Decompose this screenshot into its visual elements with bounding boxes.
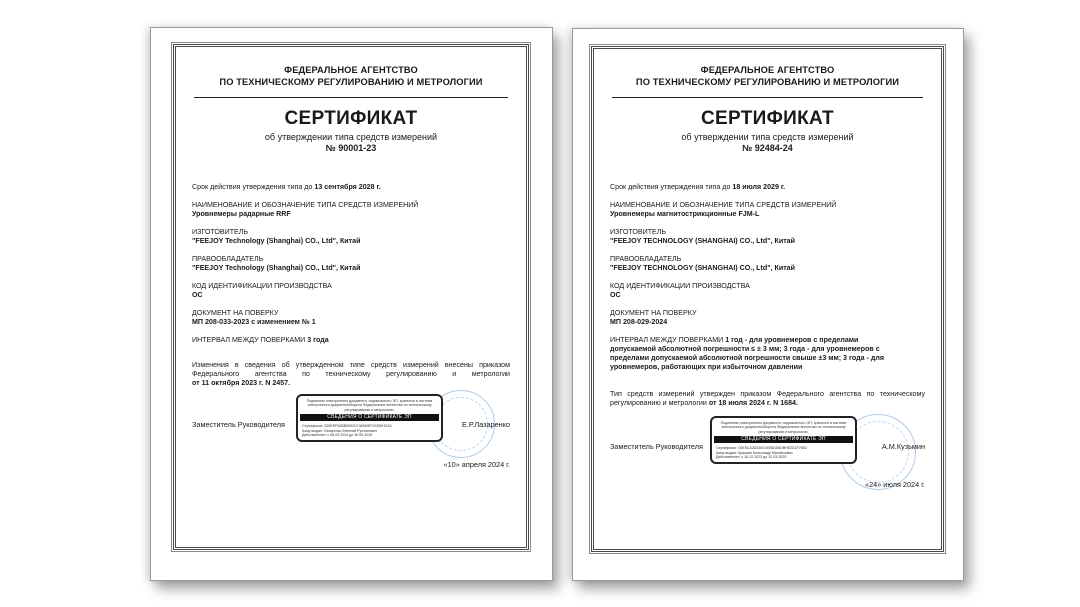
interval-label: ИНТЕРВАЛ МЕЖДУ ПОВЕРКАМИ (610, 336, 725, 344)
agency-line-1: ФЕДЕРАЛЬНОЕ АГЕНТСТВО (610, 64, 925, 76)
certificate-title: СЕРТИФИКАТ (610, 108, 925, 130)
holder-label: ПРАВООБЛАДАТЕЛЬ (192, 255, 510, 264)
code-value: ОС (610, 291, 925, 300)
manufacturer-section: ИЗГОТОВИТЕЛЬ "FEEJOY Technology (Shangha… (192, 228, 510, 246)
agency-header: ФЕДЕРАЛЬНОЕ АГЕНТСТВО ПО ТЕХНИЧЕСКОМУ РЕ… (192, 64, 510, 88)
name-value: Уровнемеры радарные RRF (192, 210, 510, 219)
manufacturer-label: ИЗГОТОВИТЕЛЬ (610, 228, 925, 237)
interval-label: ИНТЕРВАЛ МЕЖДУ ПОВЕРКАМИ (192, 336, 307, 344)
certificate-subtitle: об утверждении типа средств измерений (610, 132, 925, 142)
certificate-number: № 90001-23 (192, 143, 510, 153)
order-section: Тип средств измерений утвержден приказом… (610, 390, 925, 408)
validity-line: Срок действия утверждения типа до 13 сен… (192, 183, 510, 192)
holder-value: "FEEJOY Technology (Shanghai) CO., Ltd",… (192, 264, 510, 273)
code-label: КОД ИДЕНТИФИКАЦИИ ПРОИЗВОДСТВА (610, 282, 925, 291)
name-label: НАИМЕНОВАНИЕ И ОБОЗНАЧЕНИЕ ТИПА СРЕДСТВ … (610, 201, 925, 210)
agency-line-2: ПО ТЕХНИЧЕСКОМУ РЕГУЛИРОВАНИЮ И МЕТРОЛОГ… (610, 76, 925, 88)
name-value: Уровнемеры магнитострикционные FJM-L (610, 210, 925, 219)
verification-doc-section: ДОКУМЕНТ НА ПОВЕРКУ МП 208-029-2024 (610, 309, 925, 327)
order-value: от 11 октября 2023 г. N 2457. (192, 379, 510, 388)
ep-valid: Действителен: с 18.12.2023 до 12.03.2025 (716, 455, 851, 459)
issue-date: «24» июля 2024 г. (865, 480, 925, 489)
certificate-page-right: ФЕДЕРАЛЬНОЕ АГЕНТСТВО ПО ТЕХНИЧЕСКОМУ РЕ… (572, 28, 964, 581)
verification-doc-value: МП 208-029-2024 (610, 318, 925, 327)
ep-valid: Действителен: с 06.03.2024 до 30.05.2025 (302, 433, 437, 437)
name-label: НАИМЕНОВАНИЕ И ОБОЗНАЧЕНИЕ ТИПА СРЕДСТВ … (192, 201, 510, 210)
signer-title: Заместитель Руководителя (192, 420, 285, 429)
signature-row: Заместитель Руководителя Подлинник элект… (610, 418, 925, 478)
holder-section: ПРАВООБЛАДАТЕЛЬ "FEEJOY Technology (Shan… (192, 255, 510, 273)
signer-name: А.М.Кузьмин (882, 442, 925, 451)
validity-value: 13 сентября 2028 г. (314, 183, 380, 191)
validity-label: Срок действия утверждения типа до (192, 183, 314, 191)
header-divider (194, 97, 508, 98)
e-signature-box: Подлинник электронного документа, подпис… (296, 394, 443, 442)
certificate-subtitle: об утверждении типа средств измерений (192, 132, 510, 142)
holder-label: ПРАВООБЛАДАТЕЛЬ (610, 255, 925, 264)
name-section: НАИМЕНОВАНИЕ И ОБОЗНАЧЕНИЕ ТИПА СРЕДСТВ … (610, 201, 925, 219)
ep-bar: СВЕДЕНИЯ О СЕРТИФИКАТЕ ЭП (300, 414, 439, 421)
signer-name: Е.Р.Лазаренко (462, 420, 510, 429)
manufacturer-label: ИЗГОТОВИТЕЛЬ (192, 228, 510, 237)
order-section: Изменения в сведения об утвержденном тип… (192, 361, 510, 388)
manufacturer-section: ИЗГОТОВИТЕЛЬ "FEEJOY TECHNOLOGY (SHANGHA… (610, 228, 925, 246)
certificate-page-left: ФЕДЕРАЛЬНОЕ АГЕНТСТВО ПО ТЕХНИЧЕСКОМУ РЕ… (150, 27, 553, 581)
code-section: КОД ИДЕНТИФИКАЦИИ ПРОИЗВОДСТВА ОС (610, 282, 925, 300)
e-signature-box: Подлинник электронного документа, подпис… (710, 416, 857, 464)
certificate-border: ФЕДЕРАЛЬНОЕ АГЕНТСТВО ПО ТЕХНИЧЕСКОМУ РЕ… (591, 46, 944, 552)
manufacturer-value: "FEEJOY TECHNOLOGY (SHANGHAI) CO., Ltd",… (610, 237, 925, 246)
agency-header: ФЕДЕРАЛЬНОЕ АГЕНТСТВО ПО ТЕХНИЧЕСКОМУ РЕ… (610, 64, 925, 88)
interval-value: 3 года (307, 336, 328, 344)
verification-doc-section: ДОКУМЕНТ НА ПОВЕРКУ МП 208-033-2023 с из… (192, 309, 510, 327)
certificate-title: СЕРТИФИКАТ (192, 108, 510, 130)
certificate-number: № 92484-24 (610, 143, 925, 153)
validity-line: Срок действия утверждения типа до 18 июл… (610, 183, 925, 192)
validity-value: 18 июля 2029 г. (732, 183, 785, 191)
verification-doc-value: МП 208-033-2023 с изменением № 1 (192, 318, 510, 327)
header-divider (612, 97, 923, 98)
validity-label: Срок действия утверждения типа до (610, 183, 732, 191)
order-value: от 18 июля 2024 г. N 1684. (709, 399, 798, 407)
agency-line-2: ПО ТЕХНИЧЕСКОМУ РЕГУЛИРОВАНИЮ И МЕТРОЛОГ… (192, 76, 510, 88)
signature-row: Заместитель Руководителя Подлинник элект… (192, 396, 510, 456)
manufacturer-value: "FEEJOY Technology (Shanghai) CO., Ltd",… (192, 237, 510, 246)
ep-note: Подлинник электронного документа, подпис… (302, 399, 437, 412)
name-section: НАИМЕНОВАНИЕ И ОБОЗНАЧЕНИЕ ТИПА СРЕДСТВ … (192, 201, 510, 219)
certificate-border: ФЕДЕРАЛЬНОЕ АГЕНТСТВО ПО ТЕХНИЧЕСКОМУ РЕ… (173, 44, 529, 550)
code-label: КОД ИДЕНТИФИКАЦИИ ПРОИЗВОДСТВА (192, 282, 510, 291)
signer-title: Заместитель Руководителя (610, 442, 703, 451)
order-text: Изменения в сведения об утвержденном тип… (192, 361, 510, 379)
issue-date: «10» апреля 2024 г. (444, 460, 510, 469)
code-value: ОС (192, 291, 510, 300)
agency-line-1: ФЕДЕРАЛЬНОЕ АГЕНТСТВО (192, 64, 510, 76)
ep-note: Подлинник электронного документа, подпис… (716, 421, 851, 434)
verification-doc-label: ДОКУМЕНТ НА ПОВЕРКУ (610, 309, 925, 318)
interval-section: ИНТЕРВАЛ МЕЖДУ ПОВЕРКАМИ 1 год - для уро… (610, 336, 925, 372)
verification-doc-label: ДОКУМЕНТ НА ПОВЕРКУ (192, 309, 510, 318)
holder-section: ПРАВООБЛАДАТЕЛЬ "FEEJOY TECHNOLOGY (SHAN… (610, 255, 925, 273)
interval-section: ИНТЕРВАЛ МЕЖДУ ПОВЕРКАМИ 3 года (192, 336, 510, 345)
holder-value: "FEEJOY TECHNOLOGY (SHANGHAI) CO., Ltd",… (610, 264, 925, 273)
ep-bar: СВЕДЕНИЯ О СЕРТИФИКАТЕ ЭП (714, 436, 853, 443)
code-section: КОД ИДЕНТИФИКАЦИИ ПРОИЗВОДСТВА ОС (192, 282, 510, 300)
